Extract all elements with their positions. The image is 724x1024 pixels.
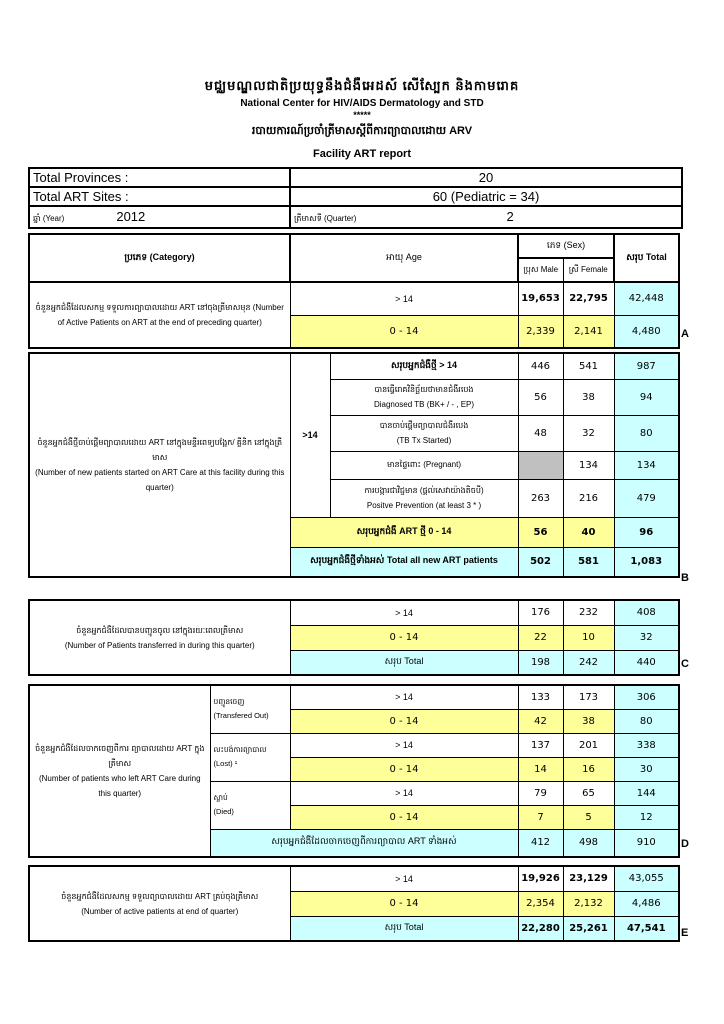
male-header: ប្រុស Male <box>518 258 563 282</box>
reason-kh: បញ្ជូនចេញ <box>214 697 245 706</box>
pediatric-total-label: សរុបអ្នកជំងឺ ART ថ្មី 0 - 14 <box>290 517 518 547</box>
section-c-label-kh: ចំនួនអ្នកជំងឺដែលបានបញ្ជូនចូល នៅក្នុងរយៈព… <box>76 626 243 635</box>
female-cell: 65 <box>563 781 614 805</box>
total-cell: 12 <box>614 805 679 829</box>
female-cell: 25,261 <box>563 916 614 941</box>
info-table: Total Provinces : 20 Total ART Sites : 6… <box>28 167 683 229</box>
female-cell: 216 <box>563 479 614 517</box>
age-cell: 0 - 14 <box>290 625 518 650</box>
male-cell: 19,653 <box>518 282 563 315</box>
section-a-marker: A <box>681 328 689 340</box>
section-e-table: ចំនួនអ្នកជំងឺដែលសកម្ម ទទួលព្យាបាលដោយ ART… <box>28 865 680 942</box>
total-cell: 43,055 <box>614 866 679 891</box>
male-cell: 19,926 <box>518 866 563 891</box>
ministry-title-kh: មជ្ឈមណ្ឌលជាតិប្រយុទ្ធនឹងជំងឺអេដស៍ សើស្បែ… <box>0 78 724 97</box>
male-cell: 502 <box>518 547 563 577</box>
female-cell: 498 <box>563 829 614 857</box>
male-cell: 48 <box>518 415 563 451</box>
reason-kh: លះបង់ការព្យាបាល <box>214 745 267 754</box>
reason-en: (Died) <box>214 807 234 816</box>
male-cell: 176 <box>518 600 563 625</box>
female-cell: 201 <box>563 733 614 757</box>
section-d-label-en: (Number of patients who left ART Care du… <box>39 774 201 798</box>
subcategory-cell: សរុបអ្នកជំងឺថ្មី > 14 <box>330 353 518 379</box>
section-e-label: ចំនួនអ្នកជំងឺដែលសកម្ម ទទួលព្យាបាលដោយ ART… <box>29 866 290 941</box>
stars-divider: ***** <box>0 110 724 120</box>
total-cell: 80 <box>614 415 679 451</box>
age-cell: សរុប Total <box>290 916 518 941</box>
subcategory-en: (TB Tx Started) <box>397 436 452 445</box>
total-cell: 440 <box>614 650 679 675</box>
male-cell: 7 <box>518 805 563 829</box>
section-d-label-kh: ចំនួនអ្នកជំងឺដែលចាកចេញពីការ ព្យាបាលដោយ A… <box>35 744 204 768</box>
female-cell: 173 <box>563 685 614 709</box>
total-cell: 306 <box>614 685 679 709</box>
section-e-marker: E <box>681 927 688 939</box>
section-b-label: ចំនួនអ្នកជំងឺថ្មីចាប់ផ្តើមព្យាបាលដោយ ART… <box>29 353 290 577</box>
center-name: National Center for HIV/AIDS Dermatology… <box>0 98 724 109</box>
male-cell: 198 <box>518 650 563 675</box>
male-cell: 56 <box>518 379 563 415</box>
section-b-label-en: (Number of new patients started on ART C… <box>35 468 284 492</box>
year-value: 2012 <box>116 209 145 224</box>
total-cell: 134 <box>614 451 679 479</box>
section-c-label-en: (Number of Patients transferred in durin… <box>65 641 255 650</box>
female-cell: 38 <box>563 709 614 733</box>
subcategory-kh: បានចាប់ផ្តើមព្យាបាលជំងឺរបេង <box>380 421 469 430</box>
section-c-table: ចំនួនអ្នកជំងឺដែលបានបញ្ជូនចូល នៅក្នុងរយៈព… <box>28 599 680 676</box>
male-cell: 133 <box>518 685 563 709</box>
reason-kh: ស្លាប់ <box>214 793 228 802</box>
female-cell: 2,132 <box>563 891 614 916</box>
section-e-label-en: (Number of active patients at end of qua… <box>81 907 238 916</box>
total-cell: 80 <box>614 709 679 733</box>
age-cell: > 14 <box>290 866 518 891</box>
sex-header: ភេទ (Sex) <box>518 234 614 258</box>
report-title: Facility ART report <box>0 148 724 160</box>
reason-cell: ស្លាប់(Died) <box>210 781 290 829</box>
age-cell: > 14 <box>290 282 518 315</box>
left-care-total-label: សរុបអ្នកជំងឺដែលចាកចេញពីការព្យាបាល ART ទា… <box>210 829 518 857</box>
reason-cell: លះបង់ការព្យាបាល(Lost) ¹ <box>210 733 290 781</box>
male-cell: 22,280 <box>518 916 563 941</box>
year-cell: ឆ្នាំ (Year)2012 <box>29 206 290 228</box>
reason-en: (Transfered Out) <box>214 711 269 720</box>
total-cell: 32 <box>614 625 679 650</box>
male-cell-na <box>518 451 563 479</box>
subcategory-kh: ការបង្ការជាវិជ្ជមាន (ផ្តល់សេវាយ៉ាងតិចបី) <box>364 486 483 495</box>
quarter-value: 2 <box>506 209 513 224</box>
section-d-marker: D <box>681 838 689 850</box>
sites-value: 60 (Pediatric = 34) <box>290 187 682 206</box>
subcategory-cell: មានផ្ទៃពោះ (Pregnant) <box>330 451 518 479</box>
subcategory-en: Diagnosed TB (BK+ / - , EP) <box>374 400 474 409</box>
total-header: សរុប Total <box>614 234 679 282</box>
section-b-marker: B <box>681 572 689 584</box>
female-cell: 242 <box>563 650 614 675</box>
female-cell: 22,795 <box>563 282 614 315</box>
report-title-kh: របាយការណ៍ប្រចាំត្រីមាសស្តីពីការព្យាបាលដោ… <box>0 124 724 140</box>
total-cell: 479 <box>614 479 679 517</box>
column-header-table: ប្រភេទ (Category) អាយុ Age ភេទ (Sex) សរុ… <box>28 233 680 283</box>
female-cell: 32 <box>563 415 614 451</box>
category-header: ប្រភេទ (Category) <box>29 234 290 282</box>
total-cell: 408 <box>614 600 679 625</box>
subcategory-cell: បានធ្វើរោគវិនិច្ឆ័យថាមានជំងឺរបេងDiagnose… <box>330 379 518 415</box>
section-d-table: ចំនួនអ្នកជំងឺដែលចាកចេញពីការ ព្យាបាលដោយ A… <box>28 684 680 858</box>
age-cell: 0 - 14 <box>290 315 518 348</box>
female-cell: 5 <box>563 805 614 829</box>
subcategory-cell: បានចាប់ផ្តើមព្យាបាលជំងឺរបេង(TB Tx Starte… <box>330 415 518 451</box>
age-cell: 0 - 14 <box>290 757 518 781</box>
age-cell: > 14 <box>290 600 518 625</box>
male-cell: 14 <box>518 757 563 781</box>
age-cell: 0 - 14 <box>290 891 518 916</box>
section-b-table: ចំនួនអ្នកជំងឺថ្មីចាប់ផ្តើមព្យាបាលដោយ ART… <box>28 352 680 578</box>
section-c-marker: C <box>681 658 689 670</box>
female-cell: 38 <box>563 379 614 415</box>
reason-en: (Lost) ¹ <box>214 759 238 768</box>
female-cell: 40 <box>563 517 614 547</box>
male-cell: 446 <box>518 353 563 379</box>
total-cell: 96 <box>614 517 679 547</box>
section-a-label: ចំនួនអ្នកជំងឺដែលសកម្ម ទទួលការព្យាបាលដោយ … <box>29 282 290 348</box>
total-cell: 42,448 <box>614 282 679 315</box>
section-c-label: ចំនួនអ្នកជំងឺដែលបានបញ្ជូនចូល នៅក្នុងរយៈព… <box>29 600 290 675</box>
age-header: អាយុ Age <box>290 234 518 282</box>
age-group-cell: >14 <box>290 353 330 517</box>
quarter-cell: ត្រីមាសទី (Quarter)2 <box>290 206 682 228</box>
subcategory-kh: បានធ្វើរោគវិនិច្ឆ័យថាមានជំងឺរបេង <box>374 385 473 394</box>
reason-cell: បញ្ជូនចេញ(Transfered Out) <box>210 685 290 733</box>
male-cell: 137 <box>518 733 563 757</box>
age-cell: > 14 <box>290 733 518 757</box>
age-cell: 0 - 14 <box>290 709 518 733</box>
total-cell: 30 <box>614 757 679 781</box>
female-cell: 23,129 <box>563 866 614 891</box>
section-d-label: ចំនួនអ្នកជំងឺដែលចាកចេញពីការ ព្យាបាលដោយ A… <box>29 685 210 857</box>
age-cell: > 14 <box>290 685 518 709</box>
section-e-label-kh: ចំនួនអ្នកជំងឺដែលសកម្ម ទទួលព្យាបាលដោយ ART… <box>61 892 258 901</box>
female-cell: 16 <box>563 757 614 781</box>
total-cell: 1,083 <box>614 547 679 577</box>
total-cell: 47,541 <box>614 916 679 941</box>
age-cell: សរុប Total <box>290 650 518 675</box>
female-cell: 581 <box>563 547 614 577</box>
total-cell: 987 <box>614 353 679 379</box>
female-cell: 134 <box>563 451 614 479</box>
female-cell: 2,141 <box>563 315 614 348</box>
female-cell: 10 <box>563 625 614 650</box>
total-cell: 338 <box>614 733 679 757</box>
male-cell: 2,354 <box>518 891 563 916</box>
sites-label: Total ART Sites : <box>29 187 290 206</box>
male-cell: 412 <box>518 829 563 857</box>
female-cell: 541 <box>563 353 614 379</box>
male-cell: 42 <box>518 709 563 733</box>
age-cell: 0 - 14 <box>290 805 518 829</box>
male-cell: 22 <box>518 625 563 650</box>
total-cell: 4,480 <box>614 315 679 348</box>
total-cell: 4,486 <box>614 891 679 916</box>
male-cell: 2,339 <box>518 315 563 348</box>
section-b-label-kh: ចំនួនអ្នកជំងឺថ្មីចាប់ផ្តើមព្យាបាលដោយ ART… <box>37 438 282 462</box>
new-patients-total-label: សរុបអ្នកជំងឺថ្មីទាំងអស់ Total all new AR… <box>290 547 518 577</box>
total-cell: 910 <box>614 829 679 857</box>
female-cell: 232 <box>563 600 614 625</box>
section-a-table: ចំនួនអ្នកជំងឺដែលសកម្ម ទទួលការព្យាបាលដោយ … <box>28 281 680 349</box>
age-cell: > 14 <box>290 781 518 805</box>
male-cell: 263 <box>518 479 563 517</box>
provinces-label: Total Provinces : <box>29 168 290 187</box>
total-cell: 94 <box>614 379 679 415</box>
year-label: ឆ្នាំ (Year) <box>33 214 64 223</box>
subcategory-en: Positve Prevention (at least 3 * ) <box>367 501 481 510</box>
male-cell: 56 <box>518 517 563 547</box>
subcategory-cell: ការបង្ការជាវិជ្ជមាន (ផ្តល់សេវាយ៉ាងតិចបី)… <box>330 479 518 517</box>
male-cell: 79 <box>518 781 563 805</box>
female-header: ស្រី Female <box>563 258 614 282</box>
provinces-value: 20 <box>290 168 682 187</box>
total-cell: 144 <box>614 781 679 805</box>
quarter-label: ត្រីមាសទី (Quarter) <box>294 214 356 223</box>
